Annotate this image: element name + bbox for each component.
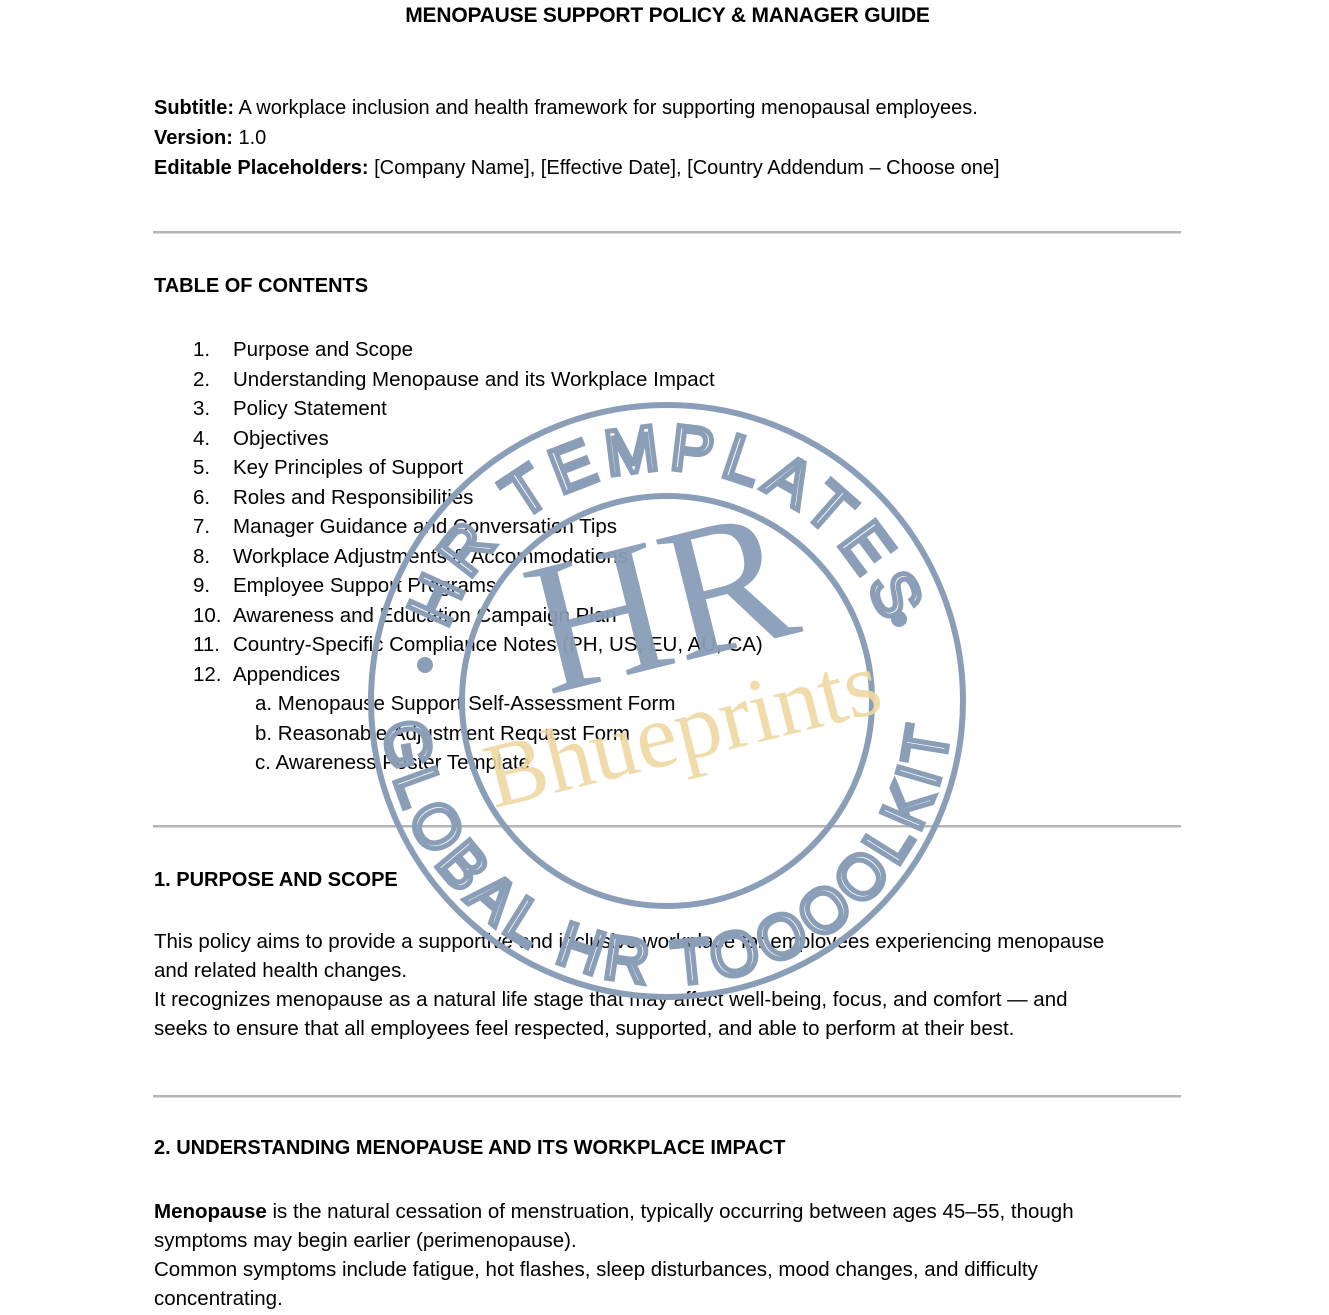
paragraph-line: Common symptoms include fatigue, hot fla… [154, 1255, 1194, 1284]
toc-item: 11.Country-Specific Compliance Notes (PH… [193, 630, 763, 660]
meta-label: Editable Placeholders: [154, 157, 369, 179]
toc-item: 2.Understanding Menopause and its Workpl… [193, 365, 763, 395]
toc-item-label: Purpose and Scope [233, 335, 413, 365]
toc-item-label: Appendices [233, 660, 340, 690]
section-2-body: Menopause is the natural cessation of me… [154, 1197, 1194, 1313]
toc-item: 6.Roles and Responsibilities [193, 483, 763, 513]
paragraph-line: symptoms may begin earlier (perimenopaus… [154, 1226, 1194, 1255]
toc-item-label: Objectives [233, 424, 329, 454]
toc-item: 3.Policy Statement [193, 394, 763, 424]
toc-item-number: 8. [193, 542, 233, 572]
toc-item-label: Policy Statement [233, 394, 387, 424]
divider [153, 825, 1181, 828]
meta-subtitle: Subtitle: A workplace inclusion and heal… [154, 93, 1000, 123]
toc-item-number: 2. [193, 365, 233, 395]
document-page: MENOPAUSE SUPPORT POLICY & MANAGER GUIDE… [0, 0, 1329, 1315]
toc-item-label: Manager Guidance and Conversation Tips [233, 512, 617, 542]
toc-item-number: 7. [193, 512, 233, 542]
toc-item-number: 11. [193, 630, 233, 660]
divider [153, 1095, 1181, 1098]
toc-item-number: 9. [193, 571, 233, 601]
toc-item-number: 12. [193, 660, 233, 690]
section-2-heading: 2. UNDERSTANDING MENOPAUSE AND ITS WORKP… [154, 1137, 786, 1160]
toc-item-number: 10. [193, 601, 233, 631]
toc-item-number: 4. [193, 424, 233, 454]
toc-item-label: Awareness and Education Campaign Plan [233, 601, 617, 631]
paragraph-line: and related health changes. [154, 956, 1194, 985]
document-title: MENOPAUSE SUPPORT POLICY & MANAGER GUIDE [0, 4, 1329, 28]
toc-item-number: 6. [193, 483, 233, 513]
meta-label: Subtitle: [154, 97, 234, 119]
paragraph-text: is the natural cessation of menstruation… [267, 1200, 1074, 1223]
toc-item-label: Key Principles of Support [233, 453, 463, 483]
toc-item: 1.Purpose and Scope [193, 335, 763, 365]
paragraph-line: Menopause is the natural cessation of me… [154, 1197, 1194, 1226]
paragraph-line: This policy aims to provide a supportive… [154, 927, 1194, 956]
meta-placeholders: Editable Placeholders: [Company Name], [… [154, 153, 1000, 183]
toc-item: 5.Key Principles of Support [193, 453, 763, 483]
toc-subitem: c. Awareness Poster Template [193, 748, 763, 778]
toc-item-label: Understanding Menopause and its Workplac… [233, 365, 715, 395]
toc-item-number: 5. [193, 453, 233, 483]
section-1-body: This policy aims to provide a supportive… [154, 927, 1194, 1043]
divider [153, 231, 1181, 234]
toc-item-number: 1. [193, 335, 233, 365]
toc-item: 4.Objectives [193, 424, 763, 454]
paragraph-line: seeks to ensure that all employees feel … [154, 1014, 1194, 1043]
meta-value: 1.0 [233, 127, 266, 149]
toc-subitem: a. Menopause Support Self-Assessment For… [193, 689, 763, 719]
toc-item-label: Workplace Adjustments & Accommodations [233, 542, 628, 572]
toc-item: 8.Workplace Adjustments & Accommodations [193, 542, 763, 572]
toc-subitem: b. Reasonable Adjustment Request Form [193, 719, 763, 749]
meta-label: Version: [154, 127, 233, 149]
paragraph-line: It recognizes menopause as a natural lif… [154, 985, 1194, 1014]
toc-item: 10.Awareness and Education Campaign Plan [193, 601, 763, 631]
toc-item: 12.Appendices [193, 660, 763, 690]
toc-item-label: Country-Specific Compliance Notes (PH, U… [233, 630, 763, 660]
meta-value: [Company Name], [Effective Date], [Count… [369, 157, 1000, 179]
watermark-dot [891, 611, 907, 627]
section-1-heading: 1. PURPOSE AND SCOPE [154, 869, 398, 892]
meta-version: Version: 1.0 [154, 123, 1000, 153]
toc-item-number: 3. [193, 394, 233, 424]
toc-item: 9.Employee Support Programs [193, 571, 763, 601]
toc-item-label: Employee Support Programs [233, 571, 496, 601]
meta-value: A workplace inclusion and health framewo… [234, 97, 978, 119]
table-of-contents: 1.Purpose and Scope2.Understanding Menop… [193, 335, 763, 778]
document-meta: Subtitle: A workplace inclusion and heal… [154, 93, 1000, 183]
toc-item: 7.Manager Guidance and Conversation Tips [193, 512, 763, 542]
toc-heading: TABLE OF CONTENTS [154, 275, 368, 298]
term-bold: Menopause [154, 1200, 267, 1223]
paragraph-line: concentrating. [154, 1284, 1194, 1313]
toc-item-label: Roles and Responsibilities [233, 483, 473, 513]
